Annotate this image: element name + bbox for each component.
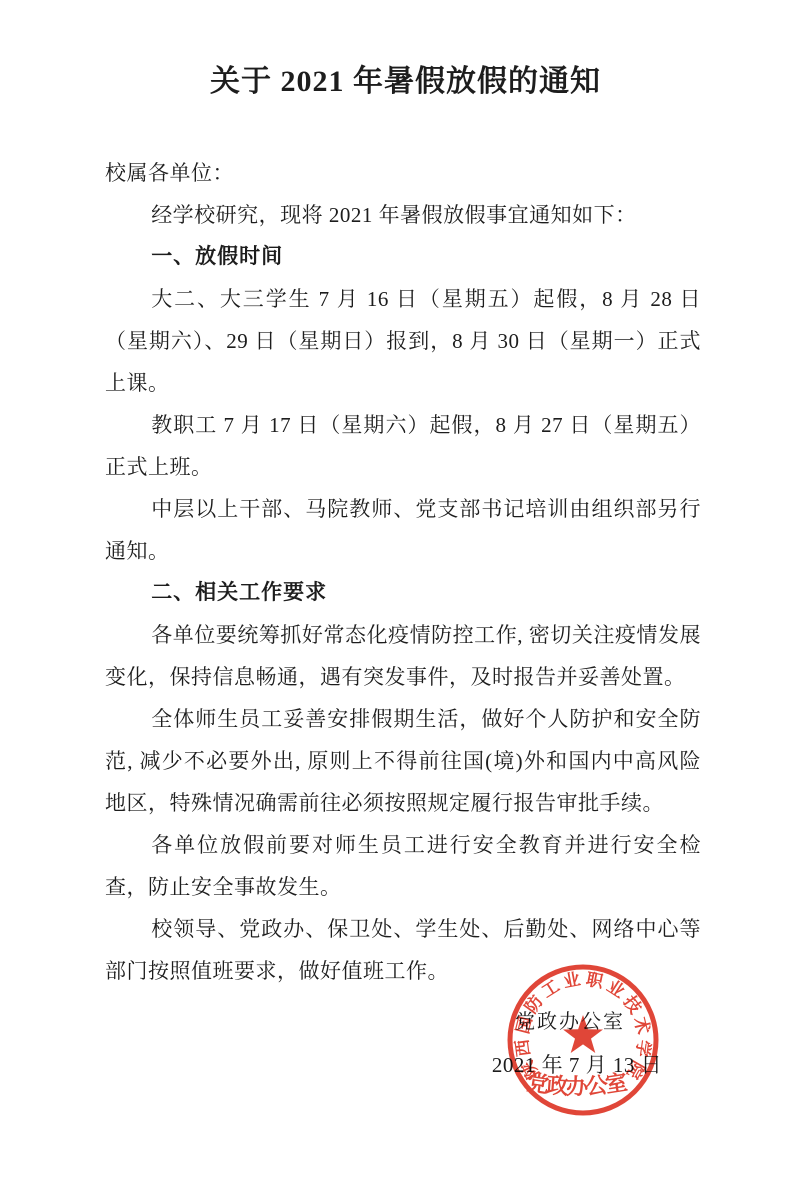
notice-body: 校属各单位： 经学校研究，现将 2021 年暑假放假事宜通知如下： 一、放假时间… — [105, 152, 701, 992]
section-2-heading: 二、相关工作要求 — [105, 572, 701, 614]
notice-document-page: 关于 2021 年暑假放假的通知 校属各单位： 经学校研究，现将 2021 年暑… — [0, 0, 811, 1194]
epidemic-prevention: 各单位要统筹抓好常态化疫情防控工作, 密切关注疫情发展变化，保持信息畅通，遇有突… — [105, 614, 701, 698]
staff-holiday-dates: 教职工 7 月 17 日（星期六）起假，8 月 27 日（星期五）正式上班。 — [105, 404, 701, 488]
safety-inspection: 各单位放假前要对师生员工进行安全教育并进行安全检查，防止安全事故发生。 — [105, 824, 701, 908]
training-notice: 中层以上干部、马院教师、党支部书记培训由组织部另行通知。 — [105, 488, 701, 572]
personal-safety: 全体师生员工妥善安排假期生活，做好个人防护和安全防范, 减少不必要外出, 原则上… — [105, 698, 701, 824]
intro-paragraph: 经学校研究，现将 2021 年暑假放假事宜通知如下： — [105, 194, 701, 236]
salutation: 校属各单位： — [105, 152, 701, 194]
notice-title: 关于 2021 年暑假放假的通知 — [0, 62, 811, 102]
seal-office-text: 党政办公室 — [525, 1069, 629, 1099]
official-seal: 陕西国防工业职业技术学院 党政办公室 — [506, 963, 660, 1117]
star-icon — [563, 1015, 603, 1053]
student-holiday-dates: 大二、大三学生 7 月 16 日（星期五）起假，8 月 28 日（星期六）、29… — [105, 278, 701, 404]
section-1-heading: 一、放假时间 — [105, 236, 701, 278]
